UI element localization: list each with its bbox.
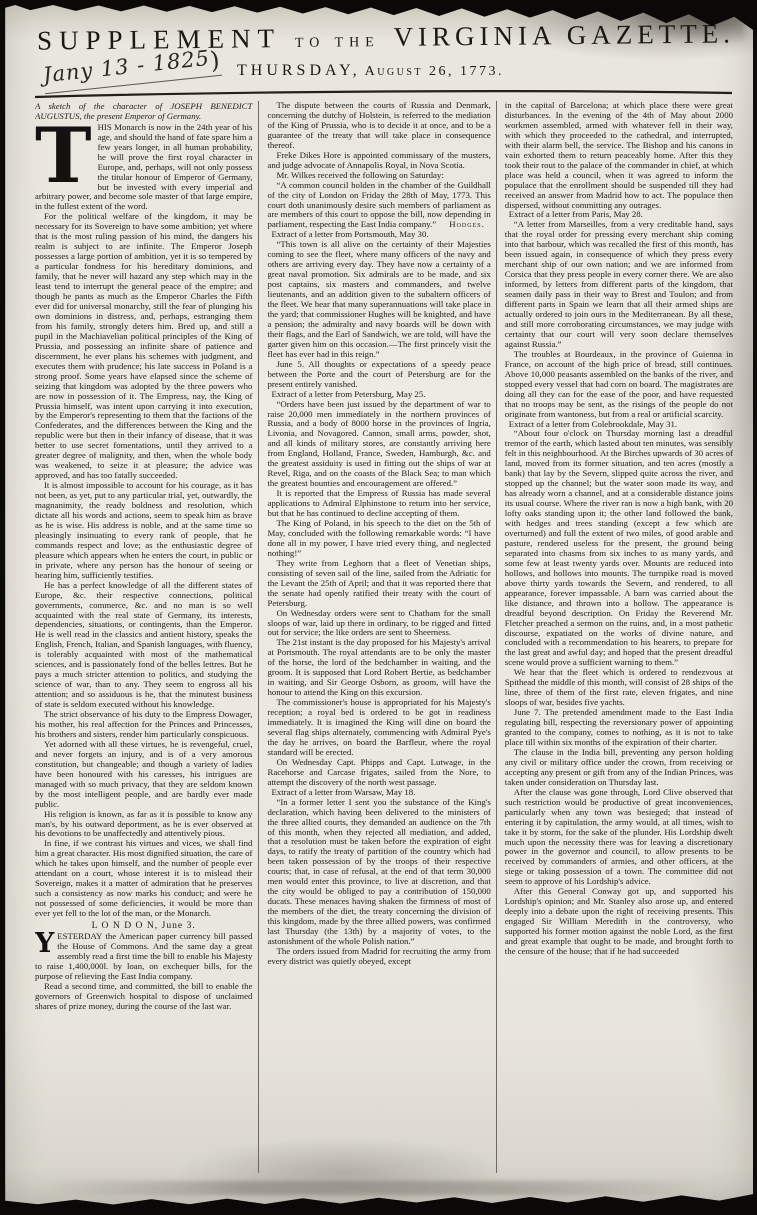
paragraph: The clause in the India bill, preventing… — [505, 748, 733, 788]
paragraph: June 7. The pretended amendment made to … — [505, 708, 733, 748]
paragraph: On Wednesday Capt. Phipps and Capt. Lutw… — [267, 758, 490, 788]
paragraph: THIS Monarch is now in the 24th year of … — [35, 123, 252, 213]
letter-extract: “A letter from Marseilles, from a very c… — [505, 220, 733, 349]
section-heading-london: L O N D O N, June 3. — [35, 921, 252, 931]
newspaper-scan: { "masthead": { "supplement": "SUPPLEMEN… — [0, 0, 757, 1215]
dateline-date: August 26, 1773. — [365, 64, 504, 79]
newspaper-page: SUPPLEMENT TO THE VIRGINIA GAZETTE. Jany… — [5, 0, 753, 1215]
paragraph: The commissioner's house is appropriated… — [267, 698, 490, 758]
article-heading: A sketch of the character of JOSEPH BENE… — [35, 101, 252, 122]
paragraph: He has a perfect knowledge of all the di… — [35, 581, 252, 710]
article-columns: A sketch of the character of JOSEPH BENE… — [35, 101, 735, 1173]
paragraph: On Wednesday orders were sent to Chatham… — [267, 609, 490, 639]
scan-edge-left — [0, 0, 6, 1215]
letter-extract: “This town is all alive on the certainty… — [267, 240, 490, 359]
masthead-gazette: VIRGINIA GAZETTE. — [393, 18, 735, 53]
masthead-to-the: TO THE — [291, 35, 384, 52]
paragraph: Yet adorned with all these virtues, he i… — [35, 740, 252, 810]
paragraph: June 5. All thoughts or expectations of … — [267, 360, 490, 390]
paragraph: It is reported that the Empress of Russi… — [267, 489, 490, 519]
paragraph: YESTERDAY the American paper currency bi… — [35, 932, 252, 982]
paragraph: His religion is known, as far as it is p… — [35, 810, 252, 840]
paragraph: The 21st instant is the day proposed for… — [267, 638, 490, 698]
paragraph-continuation: in the capital of Barcelona; at which pl… — [505, 101, 733, 210]
letter-extract: “In a former letter I sent you the subst… — [267, 798, 490, 947]
paragraph: The strict observance of his duty to the… — [35, 710, 252, 740]
letter-extract: “About four o'clock on Thursday morning … — [505, 429, 733, 668]
paragraph: They write from Leghorn that a fleet of … — [267, 559, 490, 609]
paragraph: It is almost impossible to account for h… — [35, 481, 252, 581]
paragraph: The King of Poland, in his speech to the… — [267, 519, 490, 559]
column-2: The dispute between the courts of Russia… — [258, 101, 495, 1173]
paragraph: The orders issued from Madrid for recrui… — [267, 947, 490, 967]
paragraph: Freke Dikes Hore is appointed commissary… — [267, 151, 490, 171]
masthead-dateline-row: Jany 13 - 1825) THURSDAY, August 26, 177… — [37, 56, 735, 90]
paragraph: The dispute between the courts of Russia… — [267, 101, 490, 151]
paragraph: After the clause was gone through, Lord … — [505, 788, 733, 888]
paragraph: After this General Conway got up, and su… — [505, 887, 733, 957]
paragraph: For the political welfare of the kingdom… — [35, 212, 252, 481]
drop-cap-Y: Y — [35, 932, 57, 954]
paragraph: In fine, if we contrast his virtues and … — [35, 839, 252, 919]
paragraph: Read a second time, and committed, the b… — [35, 982, 252, 1012]
paragraph: The troubles at Bourdeaux, in the provin… — [505, 350, 733, 420]
column-1: A sketch of the character of JOSEPH BENE… — [35, 101, 258, 1173]
paragraph: We hear that the fleet which is ordered … — [505, 668, 733, 708]
masthead-rule — [33, 88, 735, 100]
show-through-smudge — [45, 1181, 705, 1195]
column-3: in the capital of Barcelona; at which pl… — [496, 101, 735, 1173]
drop-cap-T: T — [35, 123, 98, 185]
dateline-day: THURSDAY, — [237, 62, 361, 79]
masthead: SUPPLEMENT TO THE VIRGINIA GAZETTE. Jany… — [37, 22, 735, 90]
masthead-title: SUPPLEMENT TO THE VIRGINIA GAZETTE. — [37, 18, 735, 56]
dateline: THURSDAY, August 26, 1773. — [237, 62, 504, 80]
letter-extract: “Orders have been just issued by the dep… — [267, 400, 490, 490]
